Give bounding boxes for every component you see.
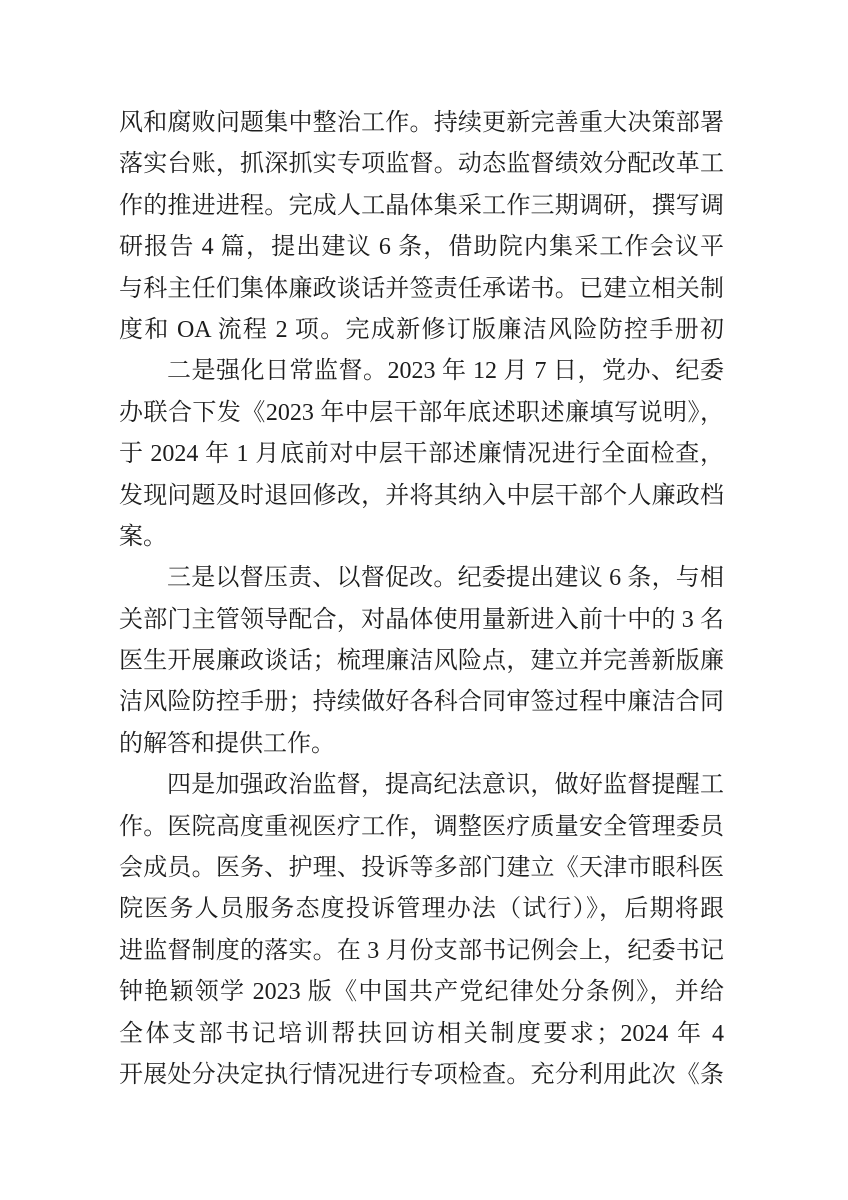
text-line: 三是以督压责、以督促改。纪委提出建议 6 条，与相 bbox=[119, 558, 724, 599]
text-line: 风和腐败问题集中整治工作。持续更新完善重大决策部署 bbox=[119, 103, 724, 144]
text-line: 关部门主管领导配合，对晶体使用量新进入前十中的 3 名 bbox=[119, 600, 724, 641]
text-line: 全体支部书记培训帮扶回访相关制度要求；2024 年 4 月， bbox=[119, 1014, 724, 1055]
text-line: 作。医院高度重视医疗工作，调整医疗质量安全管理委员 bbox=[119, 807, 724, 848]
text-line: 钟艳颖领学 2023 版《中国共产党纪律处分条例》，并给 bbox=[119, 972, 724, 1013]
text-line: 研报告 4 篇，提出建议 6 条，借助院内集采工作会议平台， bbox=[119, 227, 724, 268]
document-text: 风和腐败问题集中整治工作。持续更新完善重大决策部署落实台账，抓深抓实专项监督。动… bbox=[119, 103, 724, 1096]
text-line: 与科主任们集体廉政谈话并签责任承诺书。已建立相关制 bbox=[119, 269, 724, 310]
text-line: 进监督制度的落实。在 3 月份支部书记例会上，纪委书记 bbox=[119, 931, 724, 972]
document-page: 风和腐败问题集中整治工作。持续更新完善重大决策部署落实台账，抓深抓实专项监督。动… bbox=[0, 0, 848, 1200]
text-line: 会成员。医务、护理、投诉等多部门建立《天津市眼科医 bbox=[119, 848, 724, 889]
text-line: 度和 OA 流程 2 项。完成新修订版廉洁风险防控手册初稿。 bbox=[119, 310, 724, 351]
text-line: 开展处分决定执行情况进行专项检查。充分利用此次《条 bbox=[119, 1055, 724, 1096]
text-line: 医生开展廉政谈话；梳理廉洁风险点，建立并完善新版廉 bbox=[119, 641, 724, 682]
text-line: 案。 bbox=[119, 517, 724, 558]
text-line: 四是加强政治监督，提高纪法意识，做好监督提醒工 bbox=[119, 765, 724, 806]
text-line: 的解答和提供工作。 bbox=[119, 724, 724, 765]
text-line: 作的推进进程。完成人工晶体集采工作三期调研，撰写调 bbox=[119, 186, 724, 227]
text-line: 落实台账，抓深抓实专项监督。动态监督绩效分配改革工 bbox=[119, 144, 724, 185]
text-line: 院医务人员服务态度投诉管理办法（试行）》，后期将跟 bbox=[119, 889, 724, 930]
text-line: 发现问题及时退回修改，并将其纳入中层干部个人廉政档 bbox=[119, 476, 724, 517]
text-line: 洁风险防控手册；持续做好各科合同审签过程中廉洁合同 bbox=[119, 682, 724, 723]
text-line: 二是强化日常监督。2023 年 12 月 7 日，党办、纪委 bbox=[119, 351, 724, 392]
text-line: 于 2024 年 1 月底前对中层干部述廉情况进行全面检查， bbox=[119, 434, 724, 475]
text-line: 办联合下发《2023 年中层干部年底述职述廉填写说明》， bbox=[119, 393, 724, 434]
